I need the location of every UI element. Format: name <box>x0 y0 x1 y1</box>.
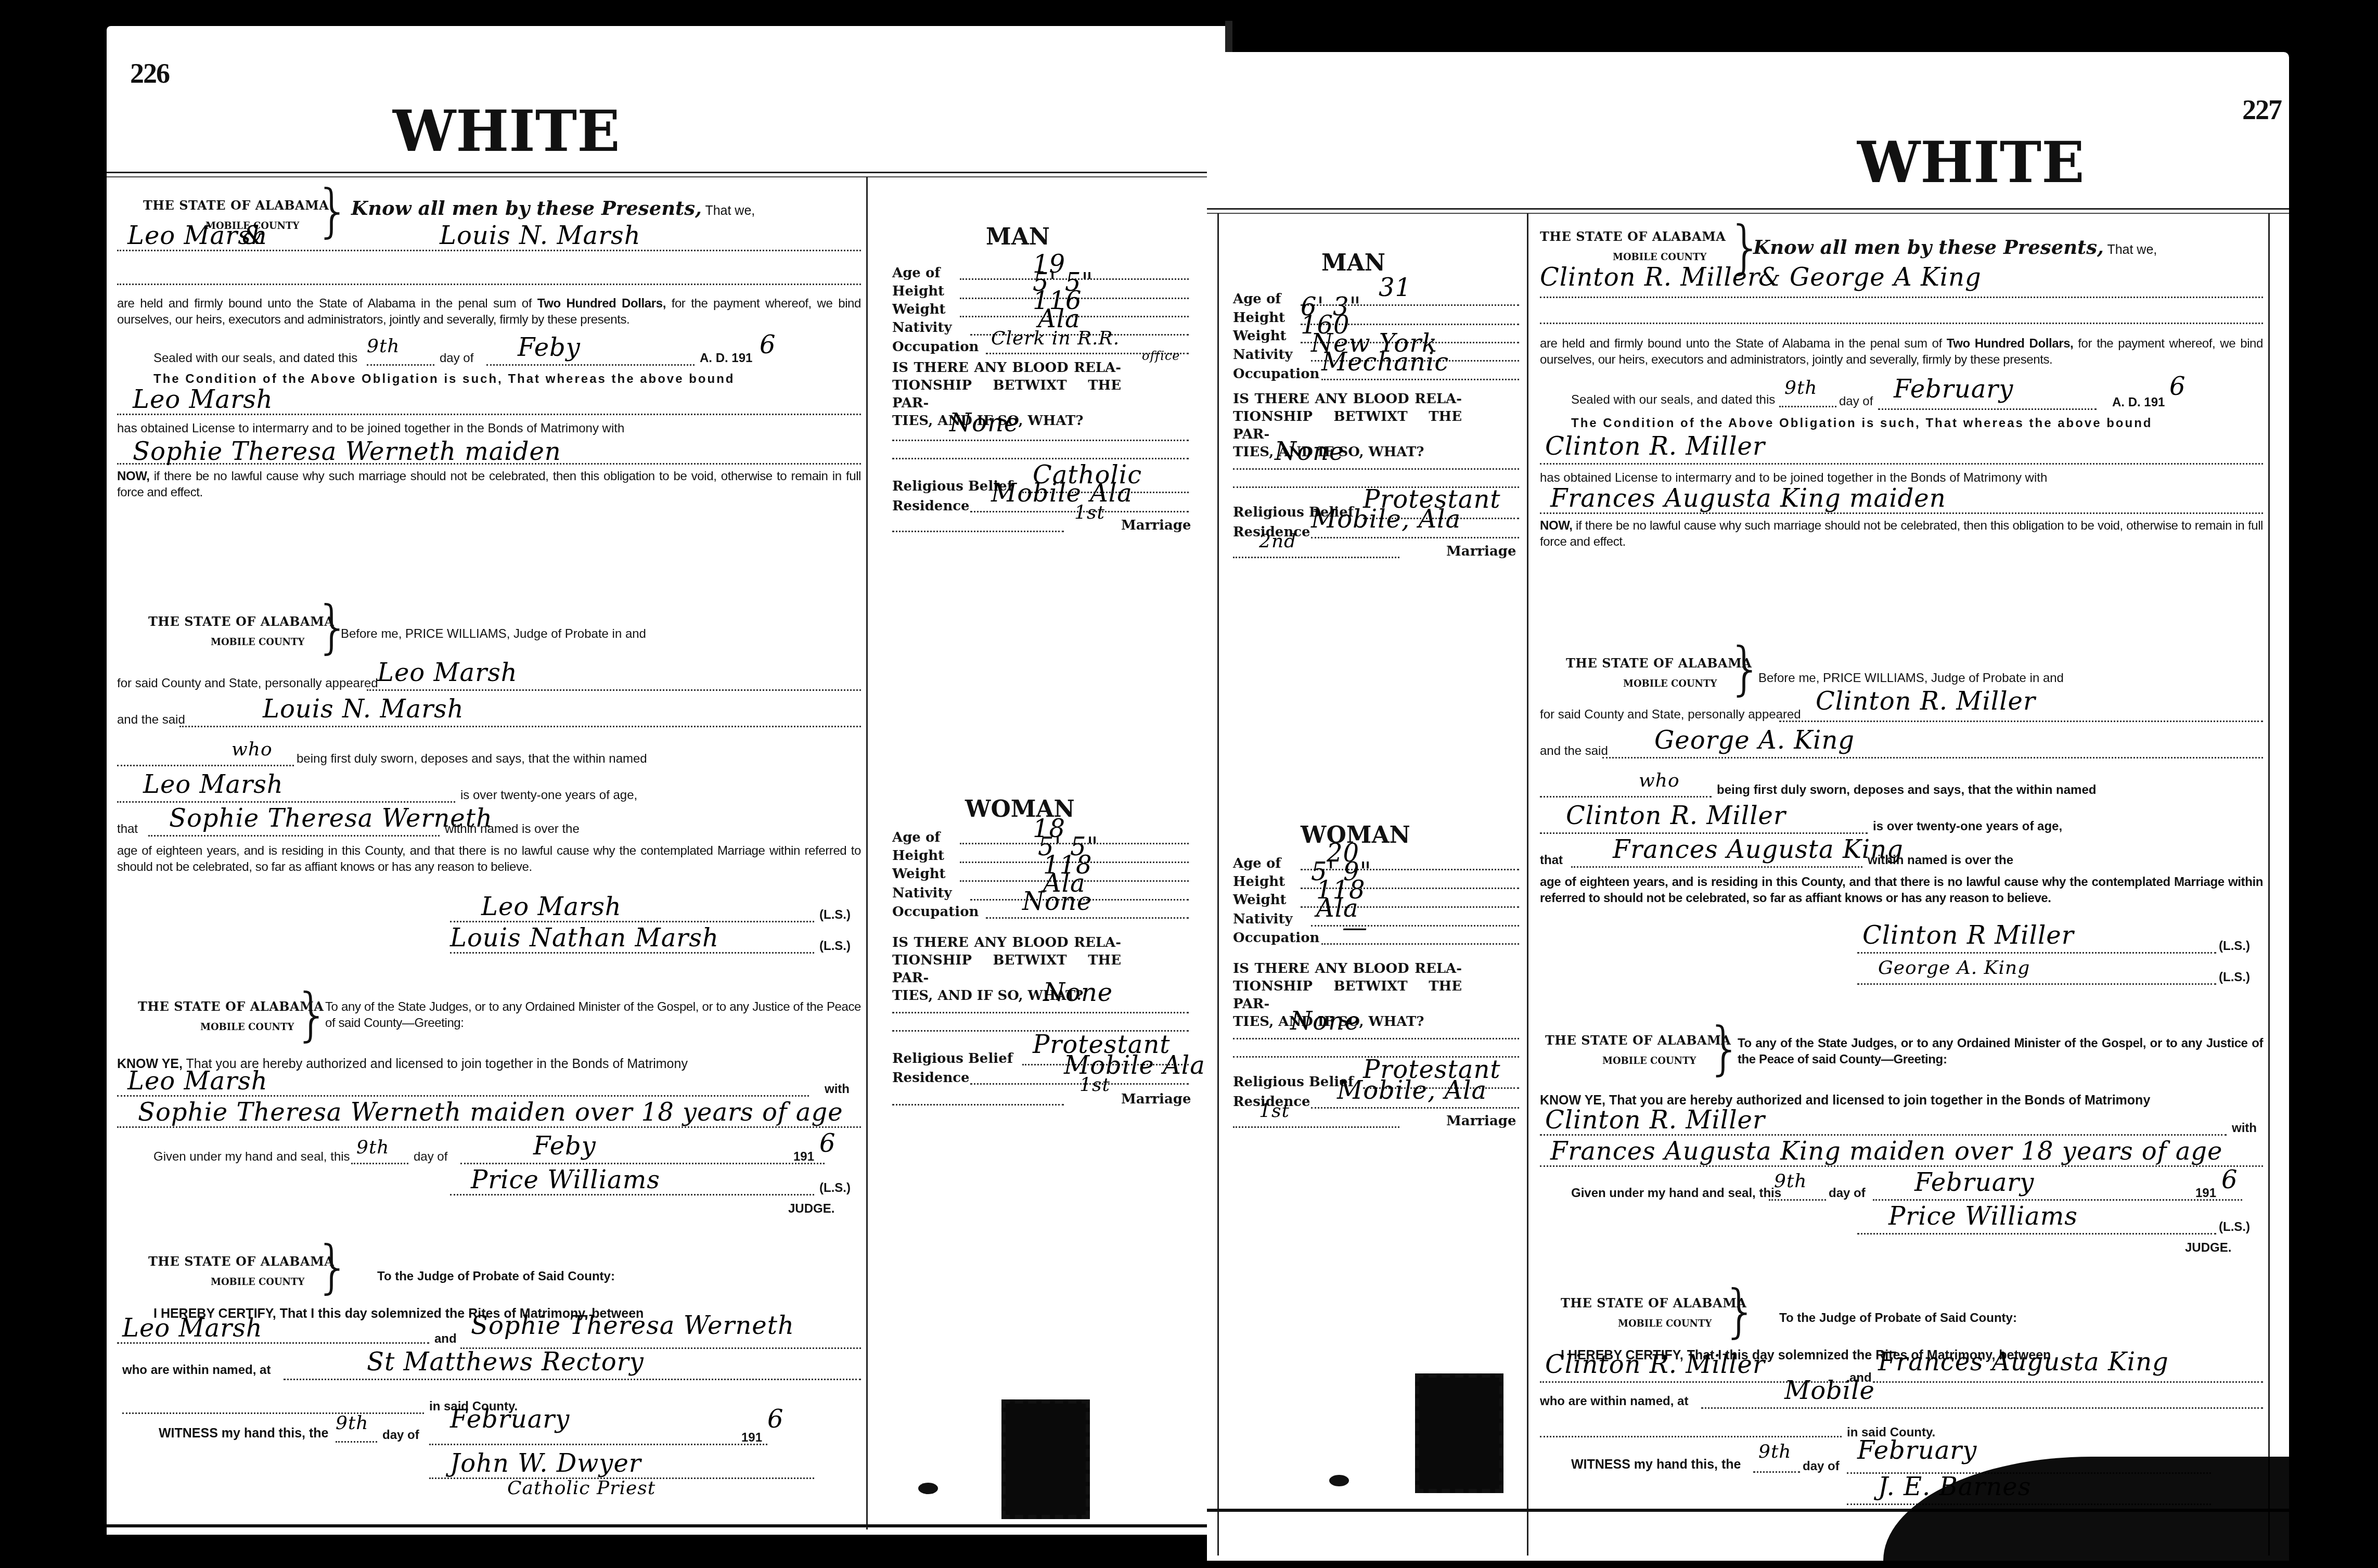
ceremony-place: St Matthews Rectory <box>367 1347 644 1377</box>
seal-mark <box>1329 1475 1349 1486</box>
bond-month: February <box>1894 375 2013 404</box>
state-heading: THE STATE OF ALABAMA <box>143 198 329 213</box>
man-blood: None <box>1275 437 1344 466</box>
officiant-title: Catholic Priest <box>507 1477 655 1499</box>
woman-blood: None <box>1043 978 1113 1007</box>
signature-surety: Louis Nathan Marsh <box>450 923 719 953</box>
man-residence: Mobile Ala <box>991 479 1133 508</box>
bond-day: 9th <box>367 336 400 357</box>
bond-surety: George A King <box>1790 263 1982 292</box>
bond-year: 6 <box>760 330 776 359</box>
page-title: WHITE <box>393 99 620 164</box>
right-page: 227 WHITE MAN Age of 31 Height 6' 3" Wei… <box>1207 52 2289 1561</box>
woman-residence: Mobile, Ala <box>1337 1076 1487 1105</box>
bound-party: Leo Marsh <box>133 385 273 414</box>
bond-month: Feby <box>518 333 581 362</box>
brace: } <box>315 182 351 239</box>
judge-signature: Price Williams <box>1888 1202 2078 1231</box>
license-bride: Frances Augusta King maiden over 18 year… <box>1550 1137 2222 1166</box>
affidavit-appeared: Clinton R. Miller <box>1816 687 2036 716</box>
affidavit-said: Louis N. Marsh <box>263 695 464 724</box>
certificate-bride: Frances Augusta King <box>1878 1347 2169 1377</box>
certificate-groom: Clinton R. Miller <box>1545 1350 1765 1379</box>
left-page: 226 WHITE THE STATE OF ALABAMA MOBILE CO… <box>107 26 1225 1535</box>
woman-blood: None <box>1290 1007 1360 1036</box>
header-rule <box>107 172 1225 177</box>
woman-marriage: 1st <box>1259 1100 1290 1122</box>
that-we: That we, <box>705 203 755 218</box>
signature-surety: George A. King <box>1878 957 2030 979</box>
affidavit-groom: Clinton R. Miller <box>1566 801 1786 830</box>
affidavit-bride: Sophie Theresa Werneth <box>169 804 493 833</box>
revenue-stamp <box>1415 1373 1503 1493</box>
bond-principal: Clinton R. Miller <box>1540 263 1760 292</box>
officiant-signature: John W. Dwyer <box>450 1449 641 1478</box>
judge-signature: Price Williams <box>471 1165 660 1194</box>
license-bride: Sophie Theresa Werneth maiden over 18 ye… <box>138 1098 843 1127</box>
bound-party: Clinton R. Miller <box>1545 432 1765 461</box>
affidavit-groom: Leo Marsh <box>143 770 284 799</box>
affidavit-appeared: Leo Marsh <box>377 658 518 687</box>
signature-groom: Leo Marsh <box>481 892 622 921</box>
page-number: 226 <box>130 57 169 89</box>
affidavit-bride: Frances Augusta King <box>1613 835 1904 864</box>
know-all-men: Know all men by these Presents, <box>351 197 702 220</box>
man-marriage: 2nd <box>1259 531 1296 552</box>
certificate-groom: Leo Marsh <box>122 1314 263 1343</box>
seal-mark <box>918 1483 938 1494</box>
bond-bride: Frances Augusta King maiden <box>1550 484 1946 513</box>
signature-groom: Clinton R Miller <box>1862 921 2074 950</box>
bond-bride: Sophie Theresa Werneth maiden <box>133 437 561 466</box>
man-residence: Mobile, Ala <box>1311 505 1461 534</box>
bond-surety: Louis N. Marsh <box>440 221 641 250</box>
woman-occupation: None <box>1022 887 1092 916</box>
woman-marriage: 1st <box>1079 1074 1110 1096</box>
man-blood: None <box>949 408 1019 438</box>
affidavit-said: George A. King <box>1654 726 1855 755</box>
man-occupation: Clerk in R.R. <box>991 328 1120 349</box>
certificate-bride: Sophie Theresa Werneth <box>471 1311 794 1340</box>
man-marriage: 1st <box>1074 502 1105 523</box>
page-title: WHITE <box>1857 130 2085 196</box>
revenue-stamp <box>1001 1399 1090 1519</box>
ceremony-place: Mobile <box>1784 1376 1875 1405</box>
page-number: 227 <box>2242 94 2281 126</box>
woman-occupation: — <box>1342 913 1368 942</box>
license-groom: Leo Marsh <box>127 1066 268 1096</box>
column-divider <box>866 177 868 1530</box>
ledger-spread: 226 WHITE THE STATE OF ALABAMA MOBILE CO… <box>78 21 2315 1530</box>
man-occupation: Mechanic <box>1321 348 1449 377</box>
license-groom: Clinton R. Miller <box>1545 1106 1765 1135</box>
man-age: 31 <box>1379 273 1411 302</box>
